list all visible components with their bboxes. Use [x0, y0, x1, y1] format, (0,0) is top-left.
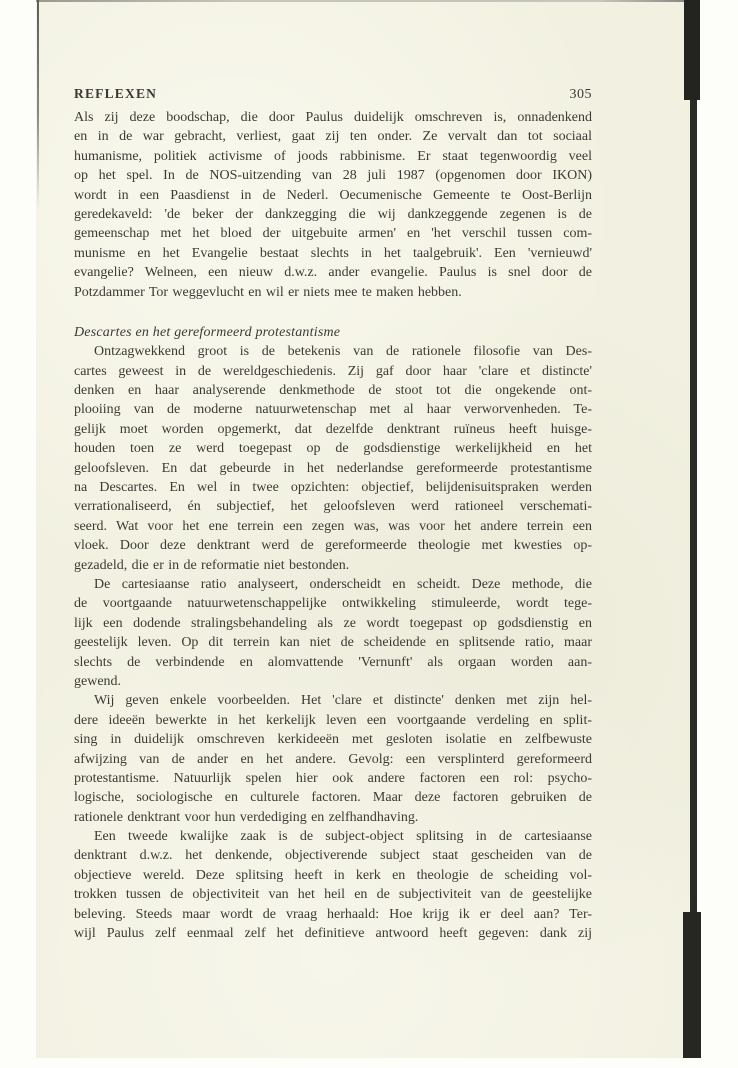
scan-top-edge-line — [36, 0, 700, 2]
body-line: cartes geweest in de wereldgeschiedenis.… — [74, 362, 592, 381]
body-line: en in de war gebracht, verliest, gaat zi… — [74, 127, 592, 146]
body-line: slechts de verbindende en alomvattende '… — [74, 653, 592, 672]
body-line: gelijk moet worden opgemerkt, dat dezelf… — [74, 420, 592, 439]
body-line: dere ideeën bewerkte in het kerkelijk le… — [74, 711, 592, 730]
section-heading: Descartes en het gereformeerd protestant… — [74, 323, 592, 342]
body-line: lijk een dodende stralingsbehandeling al… — [74, 614, 592, 633]
body-line: humanisme, politiek activisme of joods r… — [74, 147, 592, 166]
body-line: wijl Paulus zelf eenmaal zelf het defini… — [74, 924, 592, 943]
body-line: de voortgaande natuurwetenschappelijke o… — [74, 594, 592, 613]
body-line: gewend. — [74, 672, 592, 691]
body-line: munisme en het Evangelie bestaat slechts… — [74, 244, 592, 263]
body-line: gemeenschap met het bloed der uitgebuite… — [74, 224, 592, 243]
body-line: sing in duidelijk omschreven kerkideeën … — [74, 730, 592, 749]
body-line: Een tweede kwalijke zaak is de subject-o… — [74, 827, 592, 846]
body-line: afwijzing van de ander en het andere. Ge… — [74, 750, 592, 769]
paragraph: Ontzagwekkend groot is de betekenis van … — [74, 342, 592, 575]
body-line: beleving. Steeds maar wordt de vraag her… — [74, 905, 592, 924]
scanned-book-page-screenshot: { "page": { "header": { "running_title":… — [0, 0, 738, 1068]
body-line: na Descartes. En wel in twee opzichten: … — [74, 478, 592, 497]
body-line: verrationaliseerd, én subjectief, het ge… — [74, 497, 592, 516]
body-line: gezadeld, die er in de reformatie niet b… — [74, 556, 592, 575]
body-line: logische, sociologische en culturele fac… — [74, 788, 592, 807]
paragraph: Wij geven enkele voorbeelden. Het 'clare… — [74, 691, 592, 827]
body-line: trokken tussen de objectiviteit van het … — [74, 885, 592, 904]
body-line: rationele denktrant voor hun verdediging… — [74, 808, 592, 827]
body-line: wordt in een Paasdienst in de Nederl. Oe… — [74, 186, 592, 205]
running-title: REFLEXEN — [74, 86, 157, 102]
body-line: geloofsleven. En dat gebeurde in het ned… — [74, 459, 592, 478]
page-text-body: Als zij deze boodschap, die door Paulus … — [74, 108, 592, 943]
paragraph: Een tweede kwalijke zaak is de subject-o… — [74, 827, 592, 943]
page-number: 305 — [570, 87, 593, 103]
scan-right-edge-shadow-bottom — [683, 912, 701, 1058]
paragraph: De cartesiaanse ratio analyseert, onders… — [74, 575, 592, 691]
body-line: denken en haar analyserende denkmethode … — [74, 381, 592, 400]
running-header: REFLEXEN 305 — [74, 86, 592, 103]
body-line: geredekaveld: 'de beker der dankzegging … — [74, 205, 592, 224]
body-line: seerd. Wat voor het ene terrein een zege… — [74, 517, 592, 536]
paragraph: Als zij deze boodschap, die door Paulus … — [74, 108, 592, 302]
body-line: Potzdammer Tor weggevlucht en wil er nie… — [74, 283, 592, 302]
body-line: geestelijk leven. Op dit terrein kan nie… — [74, 633, 592, 652]
scan-right-edge-shadow-top — [684, 0, 700, 100]
body-line: op het spel. In de NOS-uitzending van 28… — [74, 166, 592, 185]
body-line: houden toen ze werd toegepast op de gods… — [74, 439, 592, 458]
body-line: Wij geven enkele voorbeelden. Het 'clare… — [74, 691, 592, 710]
body-line: plooiing van de moderne natuurwetenschap… — [74, 400, 592, 419]
scan-right-edge-shadow — [690, 0, 697, 1058]
body-line: protestantisme. Natuurlijk spelen hier o… — [74, 769, 592, 788]
body-line: objectieve wereld. Deze splitsing heeft … — [74, 866, 592, 885]
body-line: De cartesiaanse ratio analyseert, onders… — [74, 575, 592, 594]
body-line: Als zij deze boodschap, die door Paulus … — [74, 108, 592, 127]
scan-left-edge-line — [37, 0, 39, 210]
body-line: evangelie? Welneen, een nieuw d.w.z. and… — [74, 263, 592, 282]
body-line: vloek. Door deze denktrant werd de geref… — [74, 536, 592, 555]
body-line: Ontzagwekkend groot is de betekenis van … — [74, 342, 592, 361]
body-line: denktrant d.w.z. het denkende, objective… — [74, 846, 592, 865]
